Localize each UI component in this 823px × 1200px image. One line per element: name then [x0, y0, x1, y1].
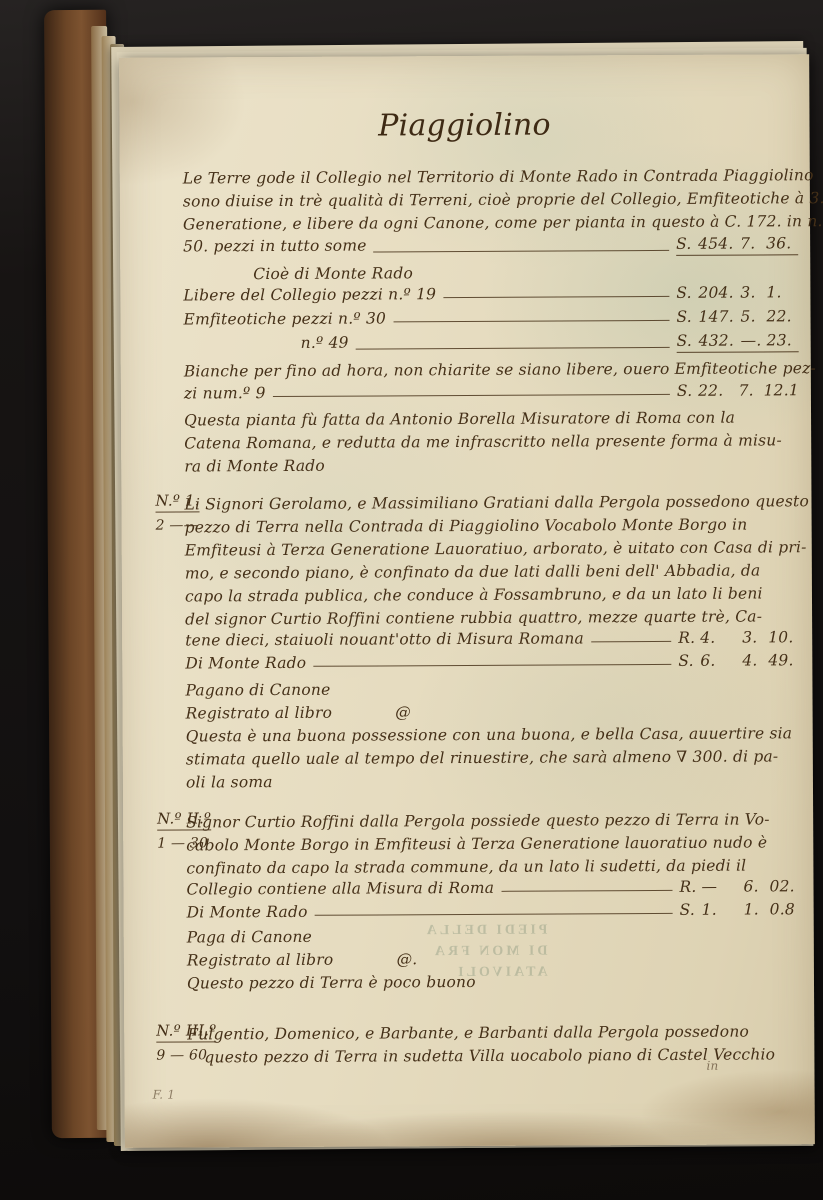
pianta-note-line: Questa pianta fù fatta da Antonio Borell…	[184, 407, 735, 433]
pianta-note-line: Catena Romana, e redutta da me infrascri…	[184, 429, 782, 455]
intro-line: Le Terre gode il Collegio nel Territorio…	[183, 164, 814, 190]
ledger-rule	[374, 250, 670, 253]
entry-2-line: cabolo Monte Borgo in Emfiteusi à Terza …	[186, 831, 767, 857]
folio-mark: F. 1	[153, 1088, 176, 1102]
intro-line: sono diuise in trè qualità di Terreni, c…	[183, 187, 823, 213]
ledger-rule	[315, 913, 673, 916]
intro-total-row: 50. pezzi in tutto some S. 454. 7. 36.	[183, 234, 798, 258]
entry-1-roma-row: tene dieci, staiuoli nouant'otto di Misu…	[185, 628, 800, 649]
catchword: in	[706, 1059, 718, 1073]
summary-row: Libere del Collegio pezzi n.º 19 S. 204.…	[183, 283, 798, 304]
entry-1-line: pezzo di Terra nella Contrada di Piaggio…	[185, 514, 748, 540]
intro-total-label: 50. pezzi in tutto some	[183, 237, 367, 256]
entry-1-registro: Registrato al libro @	[186, 701, 412, 725]
bianche-line: Bianche per fino ad hora, non chiarite s…	[184, 357, 816, 383]
entry-2-monte-rado-row: Di Monte Rado S. 1. 1. 0.8	[187, 900, 802, 921]
intro-total-value: S. 454. 7. 36.	[676, 234, 798, 256]
entry-1-roma-value: R. 4. 3. 10.	[678, 628, 800, 647]
entry-1-nota-line: stimata quello uale al tempo del rinuest…	[186, 745, 779, 771]
entry-2-canone: Paga di Canone	[187, 926, 312, 950]
bianche-row: zi num.º 9 S. 22. 7. 12.1	[184, 381, 799, 402]
entry-1-canone: Pagano di Canone	[185, 679, 330, 703]
pianta-note-line: ra di Monte Rado	[184, 455, 325, 479]
entry-1-monte-rado-value: S. 6. 4. 49.	[678, 651, 800, 670]
summary-total-row: n.º 49 S. 432. —. 23.	[301, 331, 799, 355]
entry-1-line: capo la strada publica, che conduce à Fo…	[185, 582, 763, 608]
summary-value: S. 147. 5. 22.	[676, 307, 798, 326]
entry-1-line: del signor Curtio Roffini contiene rubbi…	[185, 605, 762, 631]
entry-1-nota-line: Questa è una buona possessione con una b…	[186, 722, 793, 748]
entry-2-line: Signor Curtio Roffini dalla Pergola poss…	[186, 808, 770, 834]
page-title: Piaggiolino	[119, 106, 809, 145]
ledger-rule	[591, 641, 671, 642]
ledger-rule	[501, 890, 672, 892]
entry-2-roma-row: Collegio contiene alla Misura di Roma R.…	[186, 877, 801, 898]
entry-1-line: mo, e secondo piano, è confinato da due …	[185, 559, 761, 585]
summary-row: Emfiteotiche pezzi n.º 30 S. 147. 5. 22.	[183, 307, 798, 328]
ledger-rule	[356, 347, 670, 350]
ledger-rule	[443, 296, 669, 298]
entry-2-line: confinato da capo la strada commune, da …	[186, 855, 746, 881]
entry-1-line: Emfiteusi à Terza Generatione Lauoratiuo…	[185, 536, 807, 562]
entry-2-monte-rado-value: S. 1. 1. 0.8	[680, 900, 802, 919]
entry-1-nota-line: oli la soma	[186, 771, 273, 794]
summary-total-value: S. 432. —. 23.	[677, 331, 799, 353]
entry-2-registro: Registrato al libro @.	[187, 948, 418, 972]
summary-heading: Cioè di Monte Rado	[253, 262, 413, 286]
entry-2-nota-line: Questo pezzo di Terra è poco buono	[187, 971, 476, 996]
registro-mark: @.	[397, 950, 418, 968]
intro-line: Generatione, e libere da ogni Canone, co…	[183, 210, 823, 236]
manuscript-photo: Piaggiolino Le Terre gode il Collegio ne…	[0, 0, 823, 1200]
entry-3-line: Fulgentio, Domenico, e Barbante, e Barba…	[187, 1021, 749, 1047]
registro-mark: @	[395, 703, 411, 721]
ledger-rule	[273, 394, 670, 397]
entry-1-line: Li Signori Gerolamo, e Massimiliano Grat…	[184, 490, 809, 516]
summary-value: S. 204. 3. 1.	[676, 283, 798, 302]
ledger-rule	[393, 320, 669, 322]
entry-3-line: questo pezzo di Terra in sudetta Villa u…	[204, 1043, 775, 1069]
bianche-value: S. 22. 7. 12.1	[677, 381, 799, 400]
entry-1-monte-rado-row: Di Monte Rado S. 6. 4. 49.	[185, 651, 800, 672]
ledger-rule	[313, 664, 671, 667]
entry-2-roma-value: R. — 6. 02.	[679, 877, 801, 896]
manuscript-page: Piaggiolino Le Terre gode il Collegio ne…	[119, 54, 815, 1148]
